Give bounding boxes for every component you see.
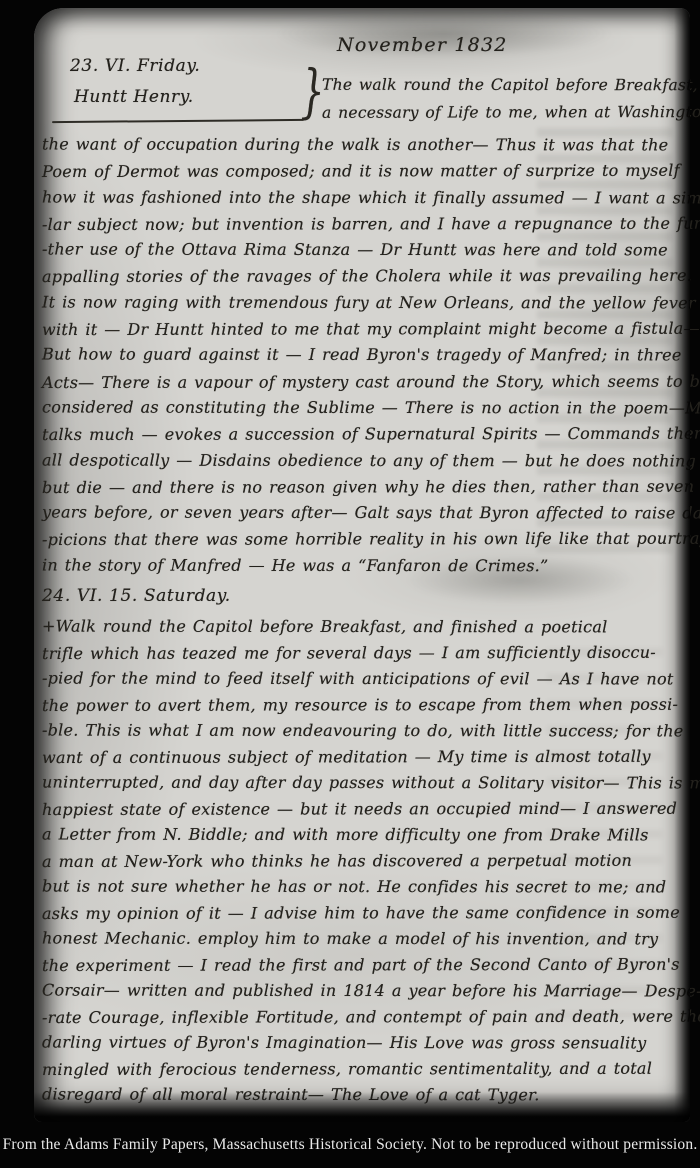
manuscript-line: It is now raging with tremendous fury at…	[42, 289, 700, 316]
manuscript-line: appalling stories of the ravages of the …	[42, 263, 700, 291]
manuscript-line: uninterrupted, and day after day passes …	[42, 770, 700, 797]
manuscript-line: darling virtues of Byron's Imagination— …	[42, 1030, 700, 1057]
manuscript-page: November 1832 23. VI. Friday. Huntt Henr…	[34, 8, 690, 1122]
manuscript-line: a necessary of Life to me, when at Washi…	[322, 99, 700, 127]
manuscript-line: But how to guard against it — I read Byr…	[42, 342, 700, 369]
manuscript-line: honest Mechanic. employ him to make a mo…	[42, 926, 700, 953]
manuscript-line: Acts— There is a vapour of mystery cast …	[42, 368, 700, 396]
manuscript-line: the experiment — I read the first and pa…	[42, 952, 700, 979]
page-edge-shadow	[674, 8, 690, 1122]
manuscript-line: how it was fashioned into the shape whic…	[42, 184, 700, 211]
manuscript-line: +Walk round the Capitol before Breakfast…	[42, 614, 700, 641]
manuscript-line: a Letter from N. Biddle; and with more d…	[42, 822, 700, 849]
manuscript-line: considered as constituting the Sublime —…	[42, 394, 700, 421]
entry-date-label: 24. VI. 15. Saturday.	[42, 586, 231, 606]
manuscript-line: with it — Dr Huntt hinted to me that my …	[42, 316, 700, 344]
manuscript-line: years before, or seven years after— Galt…	[42, 500, 700, 527]
manuscript-line: talks much — evokes a succession of Supe…	[42, 421, 700, 449]
manuscript-line: all despotically — Disdains obedience to…	[42, 447, 700, 474]
manuscript-line: -picions that there was some horrible re…	[42, 526, 700, 554]
brace-mark: }	[300, 62, 324, 120]
entry-body-text: the want of occupation during the walk i…	[42, 132, 700, 579]
entry-body-text: +Walk round the Capitol before Breakfast…	[42, 614, 700, 1108]
manuscript-line: -lar subject now; but invention is barre…	[42, 210, 700, 238]
month-header: November 1832	[337, 34, 508, 56]
manuscript-line: asks my opinion of it — I advise him to …	[42, 900, 700, 927]
manuscript-line: -rate Courage, inflexible Fortitude, and…	[42, 1004, 700, 1031]
manuscript-line: -ther use of the Ottava Rima Stanza — Dr…	[42, 237, 700, 264]
manuscript-line: -pied for the mind to feed itself with a…	[42, 666, 700, 693]
entry-lead-lines: The walk round the Capitol before Breakf…	[322, 72, 700, 126]
manuscript-line: trifle which has teazed me for several d…	[42, 640, 700, 667]
manuscript-line: The walk round the Capitol before Breakf…	[322, 72, 700, 100]
manuscript-line: Poem of Dermot was composed; and it is n…	[42, 158, 700, 186]
manuscript-line: Corsair— written and published in 1814 a…	[42, 978, 700, 1005]
scanned-page-view: November 1832 23. VI. Friday. Huntt Henr…	[0, 0, 700, 1168]
manuscript-line: but die — and there is no reason given w…	[42, 473, 700, 501]
manuscript-line: the want of occupation during the walk i…	[42, 131, 700, 158]
manuscript-line: the power to avert them, my resource is …	[42, 692, 700, 719]
manuscript-line: a man at New-York who thinks he has disc…	[42, 848, 700, 875]
entry-date-label: 23. VI. Friday.	[70, 56, 200, 76]
manuscript-line: -ble. This is what I am now endeavouring…	[42, 718, 700, 745]
heading-underline	[52, 119, 304, 123]
manuscript-line: mingled with ferocious tenderness, roman…	[42, 1056, 700, 1083]
visitor-name-label: Huntt Henry.	[74, 87, 194, 107]
page-edge-shadow	[34, 1092, 690, 1122]
manuscript-line: happiest state of existence — but it nee…	[42, 796, 700, 823]
manuscript-line: but is not sure whether he has or not. H…	[42, 874, 700, 901]
manuscript-line: want of a continuous subject of meditati…	[42, 744, 700, 771]
archive-credit-line: From the Adams Family Papers, Massachuse…	[0, 1136, 700, 1154]
manuscript-line: in the story of Manfred — He was a “Fanf…	[42, 552, 700, 579]
